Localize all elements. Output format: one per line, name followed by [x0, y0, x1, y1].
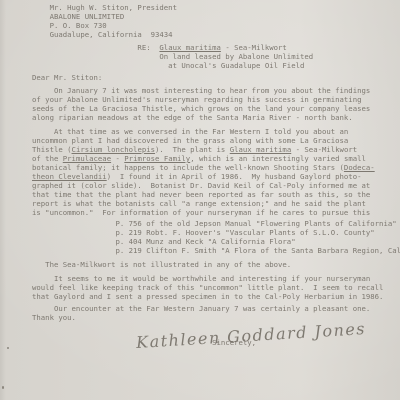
typed-line: p. 219 Robt. F. Hoover's "Vascular Plant…: [32, 228, 400, 237]
typed-line: that time that the plant had never been …: [32, 190, 400, 199]
typed-line: RE: Glaux maritima - Sea-Milkwort: [32, 43, 400, 52]
typed-line: Thistle (Cirsium loncholepis). The plant…: [32, 145, 400, 154]
typed-line: Mr. Hugh W. Stiton, President: [32, 3, 400, 12]
scan-speck: [2, 386, 4, 389]
reference-list: P. 756 of the old Jepson Manual "Floweri…: [32, 219, 400, 255]
scan-speck: [7, 347, 9, 349]
typed-line: ABALONE UNLIMITED: [32, 12, 400, 21]
subject-re-block: RE: Glaux maritima - Sea-Milkwort On lan…: [32, 43, 400, 70]
typed-line: On land leased by Abalone Unlimited: [32, 52, 400, 61]
typed-line: P. 756 of the old Jepson Manual "Floweri…: [32, 219, 400, 228]
letter-scan-page: Mr. Hugh W. Stiton, President ABALONE UN…: [0, 0, 400, 400]
typed-line: The Sea-Milkwort is not illustrated in a…: [32, 260, 400, 269]
paragraph-1: On January 7 it was most interesting to …: [32, 86, 400, 122]
typed-line: uncommon plant I had discovered in the g…: [32, 136, 400, 145]
salutation: Dear Mr. Stiton:: [32, 73, 400, 82]
typed-line: of your Abalone Unlimited's nurseryman r…: [32, 95, 400, 104]
typed-line: would feel like keeping track of this "u…: [32, 283, 400, 292]
typed-line: along riparian meadows at the edge of th…: [32, 113, 400, 122]
recipient-address: Mr. Hugh W. Stiton, President ABALONE UN…: [32, 3, 400, 39]
typed-line: botanical family; it happens to include …: [32, 163, 400, 172]
not-illustrated-note: The Sea-Milkwort is not illustrated in a…: [32, 260, 400, 269]
typed-line: theon Clevelandii) I found it in April o…: [32, 172, 400, 181]
typed-line: of the Primulaceae - Primrose Family, wh…: [32, 154, 400, 163]
typed-line: at Unocal's Guadalupe Oil Field: [32, 61, 400, 70]
typed-line: Our encounter at the Far Western January…: [32, 304, 400, 313]
typed-line: On January 7 it was most interesting to …: [32, 86, 400, 95]
typed-line: p. 404 Munz and Keck "A California Flora…: [32, 237, 400, 246]
typed-line: Guadalupe, California 93434: [32, 30, 400, 39]
letter-body: Mr. Hugh W. Stiton, President ABALONE UN…: [0, 0, 400, 347]
typed-line: It seems to me it would be worthwhile an…: [32, 274, 400, 283]
typed-line: Dear Mr. Stiton:: [32, 73, 400, 82]
paragraph-2: At that time as we conversed in the Far …: [32, 127, 400, 217]
typed-line: p. 219 Clifton F. Smith "A Flora of the …: [32, 246, 400, 255]
typed-line: At that time as we conversed in the Far …: [32, 127, 400, 136]
typed-line: that Gaylord and I sent a pressed specim…: [32, 292, 400, 301]
paragraph-3: It seems to me it would be worthwhile an…: [32, 274, 400, 301]
typed-line: report is what the botanists call "a ran…: [32, 199, 400, 208]
typed-line: graphed it (color slide). Botanist Dr. D…: [32, 181, 400, 190]
typed-line: seeds of the La Graciosa Thistle, which …: [32, 104, 400, 113]
typed-line: is "uncommon." For information of your n…: [32, 208, 400, 217]
typed-line: P. O. Box 730: [32, 21, 400, 30]
